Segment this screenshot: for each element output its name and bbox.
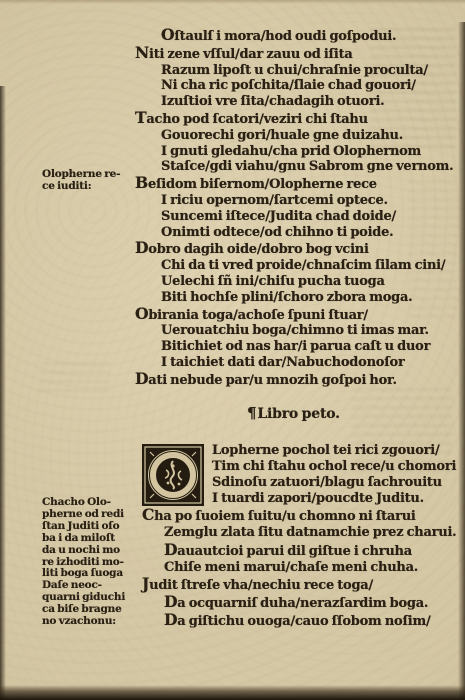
verse-line: Judit ſtreſe vha/nechiu rece toga/	[142, 576, 465, 594]
verse-line: Oſtaulſ i mora/hod oudi goſpodui.	[161, 27, 465, 45]
book-page-scan: Oſtaulſ i mora/hod oudi goſpodui. Niti z…	[0, 0, 465, 700]
verse-line: Gouorechi gori/huale gne duizahu.	[161, 128, 465, 144]
verse-line: Suncemi iſtece/Judita chad doide/	[161, 209, 465, 225]
verse-line: Chi da ti vred proide/chnaſcim ſilam cin…	[161, 258, 465, 274]
verse-line: Tacho pod ſcatori/veziri chi ſtahu	[135, 110, 465, 128]
margin-note-line: da u nochi mo	[42, 545, 146, 557]
verse-line: Chiſe meni marui/chaſe meni chuha.	[164, 560, 465, 576]
pilcrow-icon: ¶	[247, 404, 256, 422]
verse-line: Onimti odtece/od chihno ti poide.	[161, 225, 465, 241]
scan-edge-top	[0, 0, 465, 4]
verse-line: Bitichiet od nas har/i parua caſt u duor	[161, 339, 465, 355]
verse-line: I gnuti gledahu/cha prid Olophernom	[161, 144, 465, 160]
verse-line: Izuſtioi vre ſita/chadagih otuori.	[161, 94, 465, 110]
margin-note-line: no vzachonu:	[42, 616, 146, 628]
verse-line: Cha po ſuoiem ſuitu/u chomno ni ſtarui	[142, 507, 465, 525]
verse-line: Zemglu zlata ſitu datnamchie prez charui…	[164, 525, 465, 541]
verse-line: Niti zene vſſul/dar zauu od iſita	[135, 45, 465, 63]
verse-line: Dati nebude par/u mnozih goſpoi hor.	[135, 371, 465, 389]
margin-note-1: Olopherne re- ce iuditi:	[42, 169, 146, 193]
section-heading: ¶Libro peto.	[247, 404, 340, 422]
verse-block-1: Oſtaulſ i mora/hod oudi goſpodui. Niti z…	[0, 27, 465, 389]
verse-line: Razum lipoſt u chui/chraſnie proculta/	[161, 63, 465, 79]
verse-line: Ni cha ric poſchita/ſlaie chad gouori/	[161, 78, 465, 94]
margin-note-2: Chacho Olo- pherne od redi ſtan Juditi o…	[42, 497, 146, 628]
margin-note-line: ba i da miloſt	[42, 533, 146, 545]
verse-line: Lopherne pochol tei rici zgouori/	[212, 443, 465, 459]
verse-line: Da giſtichu ouoga/cauo ſſobom noſim/	[164, 612, 465, 630]
margin-note-line: ce iuditi:	[42, 181, 146, 193]
section-heading-text: Libro peto.	[257, 406, 339, 422]
verse-line: Beſidom biſernom/Olopherne rece	[135, 175, 465, 193]
verse-line: Staſce/gdi viahu/gnu Sabrom gne vernom.	[161, 159, 465, 175]
verse-line: Dobro dagih oide/dobro bog vcini	[135, 240, 465, 258]
verse-line: Tim chi ſtahu ochol rece/u chomori	[212, 459, 465, 475]
verse-line: I tuardi zapori/poucdte Juditu.	[212, 491, 465, 507]
verse-line: I taichiet dati dar/Nabuchodonoſor	[161, 355, 465, 371]
margin-note-line: ſtan Juditi oſo	[42, 521, 146, 533]
verse-line: Uerouatchiu boga/chimno ti imas mar.	[161, 323, 465, 339]
verse-line: I riciu opernom/ſartcemi optece.	[161, 193, 465, 209]
verse-line: Da ocquarniſ duha/nerazſardim boga.	[164, 594, 465, 612]
verse-line: Uelechi ſñ ini/chiſu pucha tuoga	[161, 274, 465, 290]
scan-edge-bottom	[0, 685, 465, 700]
verse-line: Obirania toga/achoſe ſpuni ſtuar/	[135, 306, 465, 324]
verse-line: Sdinoſu zatuori/blagu ſachrouitu	[212, 475, 465, 491]
verse-line: Dauautcioi parui dil giſtue i chruha	[164, 542, 465, 560]
verse-line: Biti hochſe plini/ſchoro zbora moga.	[161, 290, 465, 306]
